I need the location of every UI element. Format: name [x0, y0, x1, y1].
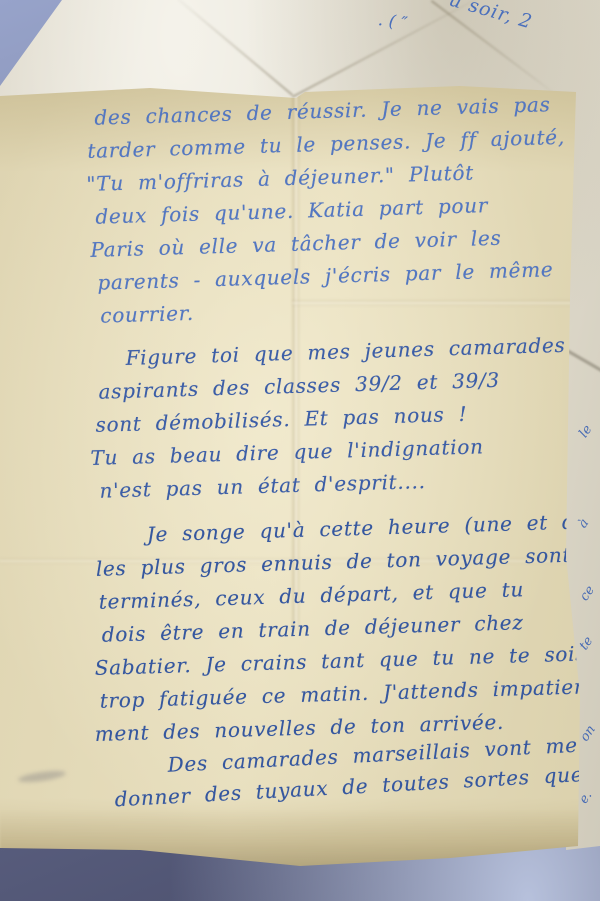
bottom-fold-shading: [0, 810, 584, 868]
handwriting-fragment: e.: [576, 788, 595, 806]
handwriting-edge-fragments: leàceteone.: [576, 418, 600, 838]
handwriting-fragment: on: [577, 723, 599, 745]
letter-text: des chances de réussir. Je ne vais pasta…: [84, 86, 600, 817]
pencil-smudge: [18, 769, 67, 785]
paper-crease: [177, 0, 293, 96]
handwriting-fragment: te: [577, 634, 597, 653]
sheet-corner-edge: [566, 349, 600, 374]
handwriting-fragment: u soir, 2: [447, 0, 535, 33]
handwriting-fragment: le: [576, 422, 595, 440]
handwriting-fragment: à: [576, 516, 593, 531]
photo-of-handwritten-letter: . ( ″ u soir, 2 leàceteone. des chances …: [0, 0, 600, 901]
handwriting-fragment: ce: [577, 583, 598, 604]
handwritten-letter-page: des chances de réussir. Je ne vais pasta…: [0, 86, 584, 868]
handwriting-fragment: . ( ″: [377, 10, 409, 34]
